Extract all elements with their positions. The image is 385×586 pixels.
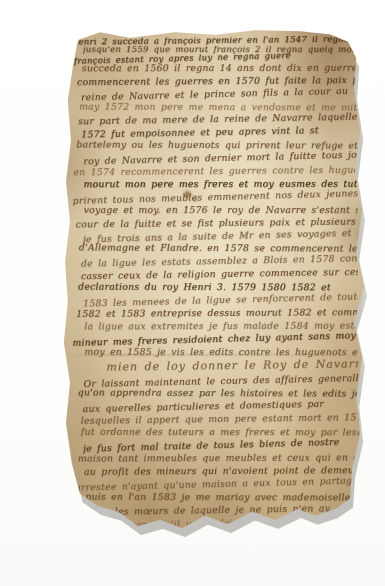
manuscript-line: succeda en 1560 il regna 14 ans dont dix… xyxy=(82,62,357,76)
manuscript-line: moy en 1585 je vis les edits contre les … xyxy=(84,346,358,359)
manuscript-text-block: Henri 2 succeda a françois premier en l'… xyxy=(71,36,360,531)
manuscript-line: maison tant immeubles que meubles et ceu… xyxy=(78,452,359,466)
manuscript-line: mien de loy donner le Roy de Navarre xyxy=(106,358,358,374)
manuscript-line: voyage et moy. en 1576 le roy de Navarre… xyxy=(84,205,358,218)
manuscript-line: 1582 et 1583 entreprise dessus mourut 15… xyxy=(76,307,358,322)
manuscript-page: N°1 Henri 2 succeda a françois premier e… xyxy=(58,24,366,540)
photo-background: N°1 Henri 2 succeda a françois premier e… xyxy=(0,0,385,586)
page-number-annotation: N°1 xyxy=(166,27,180,34)
